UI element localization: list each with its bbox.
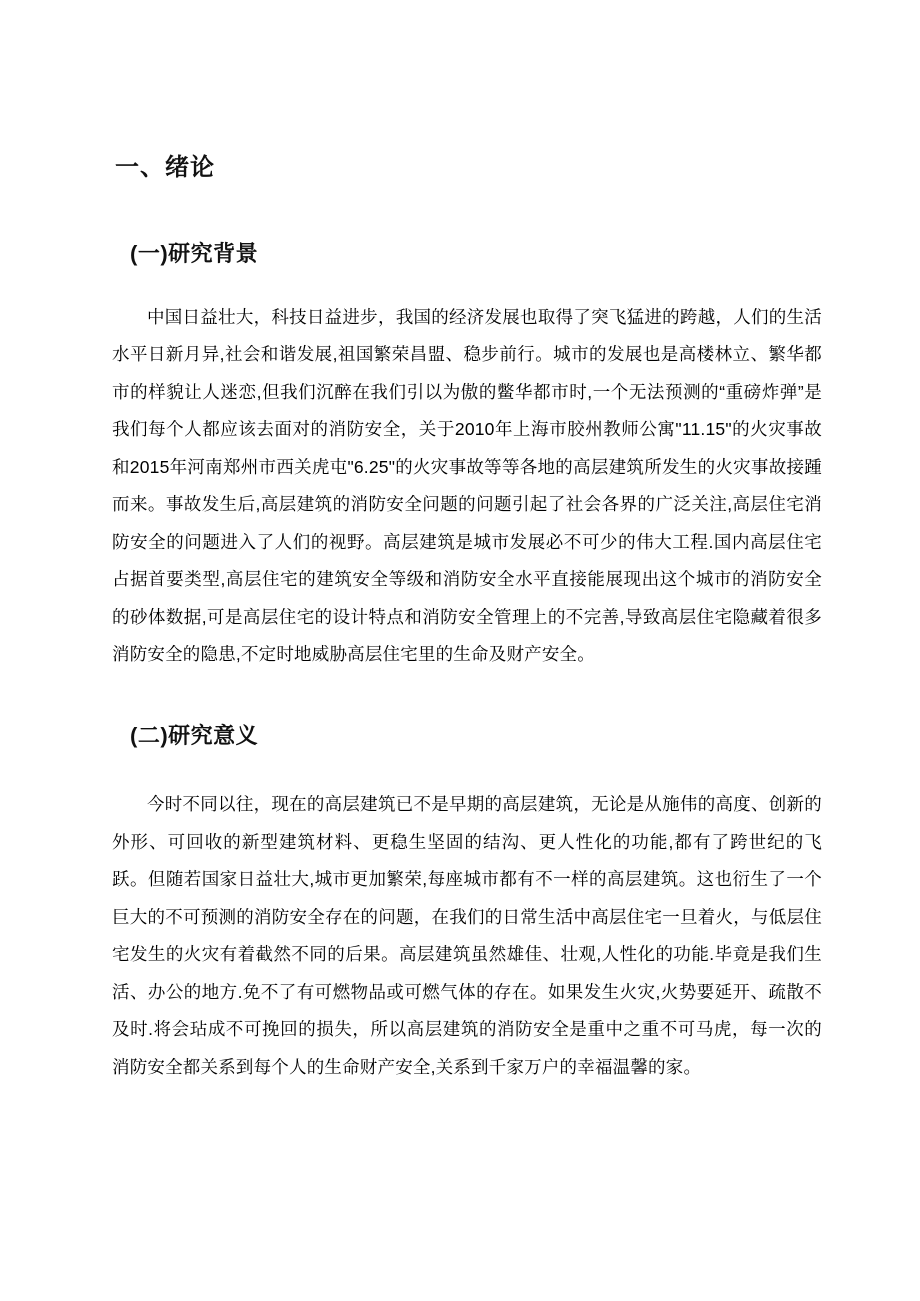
paragraph-research-significance: 今时不同以往，现在的高层建筑已不是早期的高层建筑，无论是从施伟的高度、创新的外形… — [112, 786, 822, 1086]
document-content: 一、绪论 (一)研究背景 中国日益壮大，科技日益进步，我国的经济发展也取得了突飞… — [112, 0, 822, 1086]
section-heading-research-background: (一)研究背景 — [130, 240, 822, 269]
document-page: 一、绪论 (一)研究背景 中国日益壮大，科技日益进步，我国的经济发展也取得了突飞… — [0, 0, 920, 1301]
section-heading-research-significance: (二)研究意义 — [130, 722, 822, 751]
chapter-title: 一、绪论 — [115, 152, 822, 183]
paragraph-research-background: 中国日益壮大，科技日益进步，我国的经济发展也取得了突飞猛进的跨越，人们的生活水平… — [112, 299, 822, 674]
